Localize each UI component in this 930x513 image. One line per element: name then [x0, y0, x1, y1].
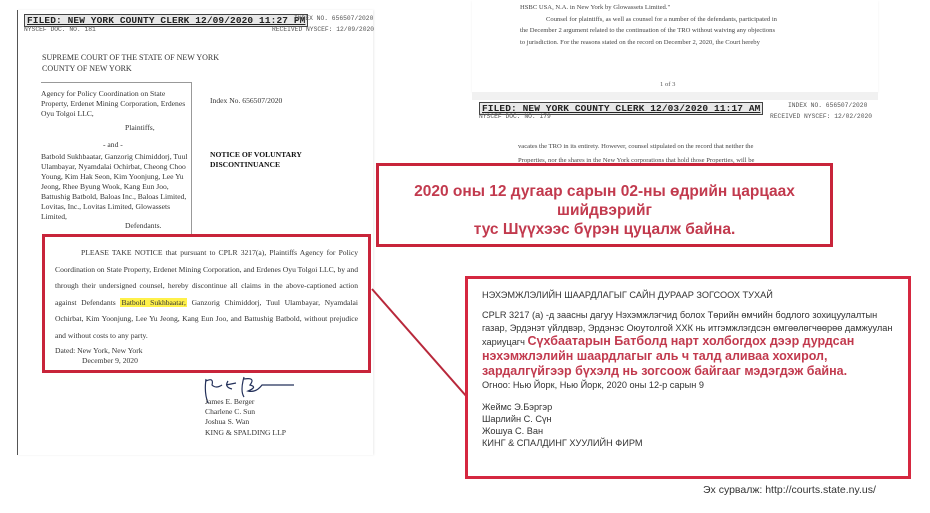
- signer: Шарлийн С. Сүн: [482, 413, 894, 425]
- dated-line2: December 9, 2020: [55, 356, 358, 366]
- signer: Charlene C. Sun: [205, 407, 255, 417]
- notice-translation-title: НЭХЭМЖЛЭЛИЙН ШААРДЛАГЫГ САЙН ДУРААР ЗОГС…: [482, 289, 894, 301]
- tro-translation-text: 2020 оны 12 дугаар сарын 02-ны өдрийн ца…: [379, 182, 830, 239]
- court-title-line1: SUPREME COURT OF THE STATE OF NEW YORK: [42, 52, 282, 63]
- notice-translation-dated: Огноо: Нью Йорк, Нью Йорк, 2020 оны 12-р…: [482, 379, 894, 391]
- index-header-left: INDEX NO. 656507/2020: [294, 15, 373, 22]
- nyscef-doc-right: NYSCEF DOC. NO. 179: [479, 113, 551, 120]
- left-document-page: [17, 10, 373, 455]
- law-firm: KING & SPALDING LLP: [205, 428, 286, 438]
- index-number: Index No. 656507/2020: [210, 96, 282, 106]
- order-line: to jurisdiction. For the reasons stated …: [520, 37, 850, 49]
- notice-highlight-box: PLEASE TAKE NOTICE that pursuant to CPLR…: [42, 234, 371, 373]
- defendants-label: Defendants.: [125, 221, 161, 231]
- defendants-list: Batbold Sukhbaatar, Ganzorig Chimiddorj,…: [41, 152, 189, 222]
- page-break: [472, 92, 878, 100]
- order-line: HSBC USA, N.A. in New York by Glowassets…: [520, 2, 850, 14]
- dated-block: Dated: New York, New York December 9, 20…: [55, 346, 358, 365]
- notice-title: NOTICE OF VOLUNTARY DISCONTINUANCE: [210, 150, 302, 170]
- notice-body: PLEASE TAKE NOTICE that pursuant to CPLR…: [55, 245, 358, 344]
- notice-title-line1: NOTICE OF VOLUNTARY: [210, 150, 302, 160]
- notice-translation-signers: Жеймс Э.Бэргэр Шарлийн С. Сүн Жошуа С. В…: [482, 401, 894, 449]
- notice-title-line2: DISCONTINUANCE: [210, 160, 302, 170]
- tro-translation-box: 2020 оны 12 дугаар сарын 02-ны өдрийн ца…: [376, 163, 833, 247]
- received-header-right: RECEIVED NYSCEF: 12/02/2020: [770, 113, 872, 120]
- index-header-right: INDEX NO. 656507/2020: [788, 102, 867, 109]
- and-label: - and -: [103, 140, 123, 150]
- plaintiffs-label: Plaintiffs,: [125, 123, 155, 133]
- notice-translation-box: НЭХЭМЖЛЭЛИЙН ШААРДЛАГЫГ САЙН ДУРААР ЗОГС…: [465, 276, 911, 479]
- dated-line1: Dated: New York, New York: [55, 346, 358, 356]
- notice-translation-emphasis: Сүхбаатарын Батболд нарт холбогдох дээр …: [482, 334, 854, 378]
- court-title-line2: COUNTY OF NEW YORK: [42, 63, 282, 74]
- tro-translation-line1: 2020 оны 12 дугаар сарын 02-ны өдрийн ца…: [379, 182, 830, 220]
- tro-translation-line2: тус Шүүхээс бүрэн цуцалж байна.: [379, 220, 830, 239]
- court-title: SUPREME COURT OF THE STATE OF NEW YORK C…: [42, 52, 282, 74]
- caption-divider-vertical: [191, 82, 192, 234]
- page-number: 1 of 3: [660, 81, 675, 88]
- highlighted-defendant-name: Batbold Sukhbaatar,: [120, 298, 186, 307]
- order-line: Counsel for plaintiffs, as well as couns…: [520, 14, 850, 26]
- caption-divider-horizontal: [41, 82, 191, 83]
- order-line: the December 2 argument related to the c…: [520, 25, 850, 37]
- signer: Жеймс Э.Бэргэр: [482, 401, 894, 413]
- notice-translation-body: CPLR 3217 (а) -д заасны дагуу Нэхэмжлэгч…: [482, 309, 894, 379]
- law-firm: КИНГ & СПАЛДИНГ ХУУЛИЙН ФИРМ: [482, 437, 894, 449]
- order-text-top: HSBC USA, N.A. in New York by Glowassets…: [520, 2, 850, 48]
- signers-list: James E. Berger Charlene C. Sun Joshua S…: [205, 397, 255, 427]
- received-header-left: RECEIVED NYSCEF: 12/09/2020: [272, 26, 374, 33]
- nyscef-doc-left: NYSCEF DOC. NO. 181: [24, 26, 96, 33]
- signer: Joshua S. Wan: [205, 417, 255, 427]
- order-line: vacates the TRO in its entirety. However…: [518, 140, 858, 154]
- signer: James E. Berger: [205, 397, 255, 407]
- source-caption: Эх сурвалж: http://courts.state.ny.us/: [703, 484, 876, 496]
- plaintiffs-list: Agency for Policy Coordination on State …: [41, 89, 189, 119]
- signer: Жошуа С. Ван: [482, 425, 894, 437]
